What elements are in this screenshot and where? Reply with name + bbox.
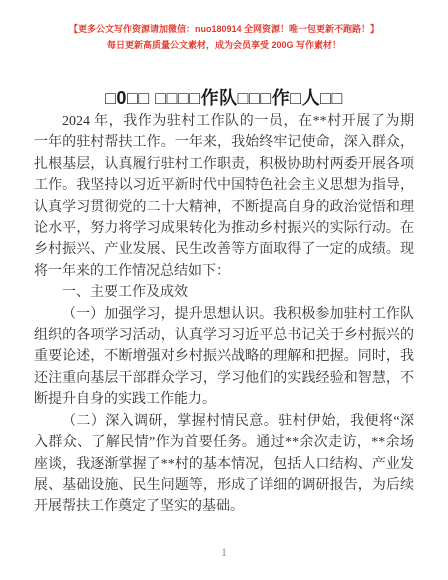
promo-banner: 【更多公文写作资源请加微信：nuo180914 全网资源！唯一包更新不跑路！】 … <box>0 22 448 53</box>
document-page: 【更多公文写作资源请加微信：nuo180914 全网资源！唯一包更新不跑路！】 … <box>0 0 448 580</box>
body-paragraph: （二）深入调研，掌握村情民意。驻村伊始，我便将“深入群众、了解民情”作为首要任务… <box>34 411 414 518</box>
section-heading: 一、主要工作及成效 <box>34 282 414 303</box>
body-paragraph: （一）加强学习，提升思想认识。我积极参加驻村工作队组织的各项学习活动，认真学习习… <box>34 304 414 411</box>
promo-banner-line-1: 【更多公文写作资源请加微信：nuo180914 全网资源！唯一包更新不跑路！】 <box>0 22 448 38</box>
intro-paragraph: 2024 年，我作为驻村工作队的一员，在**村开展了为期一年的驻村帮扶工作。一年… <box>34 111 414 282</box>
document-title: □0□□ □□□□作队□□□作□人□□ <box>0 85 448 111</box>
promo-banner-line-2: 每日更新高质量公文素材，成为会员享受 200G 写作素材！ <box>0 38 448 54</box>
page-number: 1 <box>0 545 448 560</box>
document-body: 2024 年，我作为驻村工作队的一员，在**村开展了为期一年的驻村帮扶工作。一年… <box>34 111 414 518</box>
